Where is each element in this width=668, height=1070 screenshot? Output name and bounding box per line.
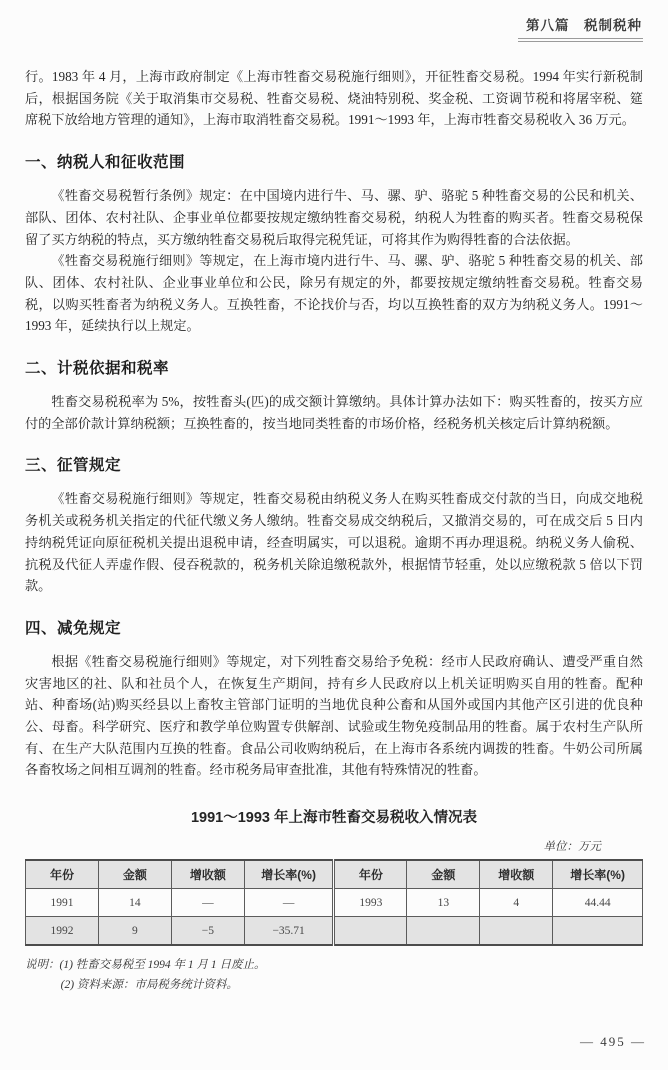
- section-1-paragraph-2: 《牲畜交易税施行细则》等规定，在上海市境内进行牛、马、骡、驴、骆驼 5 种牲畜交…: [25, 250, 643, 337]
- table-cell: 4: [480, 889, 553, 917]
- table-cell: —: [244, 889, 334, 917]
- table-header-cell: 年份: [26, 860, 99, 889]
- table-cell: −35.71: [244, 917, 334, 946]
- table-notes: 说明：(1) 牲畜交易税至 1994 年 1 月 1 日废止。 (2) 资料来源…: [25, 955, 643, 995]
- section-4-heading: 四、减免规定: [25, 616, 643, 638]
- table-header-cell: 金额: [98, 860, 171, 889]
- table-header-cell: 增长率(%): [553, 860, 643, 889]
- table-cell: [334, 917, 407, 946]
- section-1-paragraph-1: 《牲畜交易税暂行条例》规定：在中国境内进行牛、马、骡、驴、骆驼 5 种牲畜交易的…: [25, 185, 643, 250]
- table-title: 1991～1993 年上海市牲畜交易税收入情况表: [25, 806, 643, 827]
- running-head: 第八篇 税制税种: [25, 14, 643, 42]
- table-header-cell: 增收额: [480, 860, 553, 889]
- table-cell: —: [171, 889, 244, 917]
- section-2-paragraph-1: 牲畜交易税税率为 5%，按牲畜头(匹)的成交额计算缴纳。具体计算办法如下：购买牲…: [25, 391, 643, 434]
- table-cell: [407, 917, 480, 946]
- table-cell: 1992: [26, 917, 99, 946]
- table-cell: 9: [98, 917, 171, 946]
- table-cell: [553, 917, 643, 946]
- table-header-cell: 年份: [334, 860, 407, 889]
- table-cell: 1991: [26, 889, 99, 917]
- section-3-heading: 三、征管规定: [25, 453, 643, 475]
- table-cell: 1993: [334, 889, 407, 917]
- table-cell: 44.44: [553, 889, 643, 917]
- table-header-row: 年份 金额 增收额 增长率(%) 年份 金额 增收额 增长率(%): [26, 860, 643, 889]
- table-cell: [480, 917, 553, 946]
- intro-paragraph: 行。1983 年 4 月，上海市政府制定《上海市牲畜交易税施行细则》，开征牲畜交…: [25, 66, 643, 131]
- table-cell: 14: [98, 889, 171, 917]
- table-cell: 13: [407, 889, 480, 917]
- section-1-heading: 一、纳税人和征收范围: [25, 150, 643, 172]
- book-page: 第八篇 税制税种 行。1983 年 4 月，上海市政府制定《上海市牲畜交易税施行…: [0, 0, 668, 1070]
- table-row: 1991 14 — — 1993 13 4 44.44: [26, 889, 643, 917]
- section-3-paragraph-1: 《牲畜交易税施行细则》等规定，牲畜交易税由纳税义务人在购买牲畜成交付款的当日，向…: [25, 488, 643, 597]
- note-line: (2) 资料来源：市局税务统计资料。: [25, 975, 643, 995]
- table-header-cell: 金额: [407, 860, 480, 889]
- table-cell: −5: [171, 917, 244, 946]
- section-4-paragraph-1: 根据《牲畜交易税施行细则》等规定，对下列牲畜交易给予免税：经市人民政府确认、遭受…: [25, 651, 643, 781]
- table-header-cell: 增收额: [171, 860, 244, 889]
- revenue-table: 年份 金额 增收额 增长率(%) 年份 金额 增收额 增长率(%) 1991 1…: [25, 859, 643, 946]
- section-2-heading: 二、计税依据和税率: [25, 356, 643, 378]
- note-line: 说明：(1) 牲畜交易税至 1994 年 1 月 1 日废止。: [25, 955, 643, 975]
- table-unit-label: 单位：万元: [25, 838, 643, 854]
- running-head-title: 第八篇 税制税种: [518, 14, 643, 42]
- page-number: — 495 —: [580, 1034, 646, 1050]
- table-row: 1992 9 −5 −35.71: [26, 917, 643, 946]
- table-header-cell: 增长率(%): [244, 860, 334, 889]
